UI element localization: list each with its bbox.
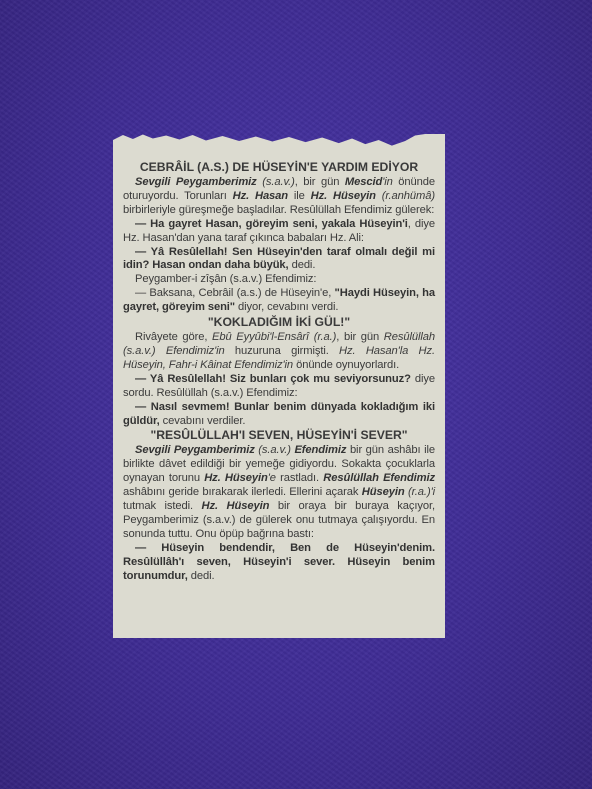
section-title: "KOKLADIĞIM İKİ GÜL!" <box>123 315 435 330</box>
paragraph: — Yâ Resûlellah! Siz bunları çok mu sevi… <box>123 373 435 401</box>
clipping-text: CEBRÂİL (A.S.) DE HÜSEYİN'E YARDIM EDİYO… <box>123 160 435 583</box>
paragraph: — Nasıl sevmem! Bunlar benim dünyada kok… <box>123 401 435 429</box>
paragraph: Peygamber-i zîşân (s.a.v.) Efendimiz: <box>123 273 435 287</box>
paragraph: — Ha gayret Hasan, göreyim seni, yakala … <box>123 218 435 246</box>
paragraph: Sevgili Peygamberimiz (s.a.v.) Efendimiz… <box>123 444 435 541</box>
paragraph: — Baksana, Cebrâil (a.s.) de Hüseyin'e, … <box>123 287 435 315</box>
paragraph: Rivâyete göre, Ebû Eyyûbi'l-Ensârî (r.a.… <box>123 331 435 373</box>
paragraph: — Hüseyin bendendir, Ben de Hüseyin'deni… <box>123 542 435 584</box>
section-title: CEBRÂİL (A.S.) DE HÜSEYİN'E YARDIM EDİYO… <box>123 160 435 175</box>
section-title: "RESÛLÜLLAH'I SEVEN, HÜSEYİN'İ SEVER" <box>123 428 435 443</box>
paragraph: Sevgili Peygamberimiz (s.a.v.), bir gün … <box>123 176 435 218</box>
newspaper-clipping: CEBRÂİL (A.S.) DE HÜSEYİN'E YARDIM EDİYO… <box>113 134 445 638</box>
paragraph: — Yâ Resûlellah! Sen Hüseyin'den taraf o… <box>123 246 435 274</box>
